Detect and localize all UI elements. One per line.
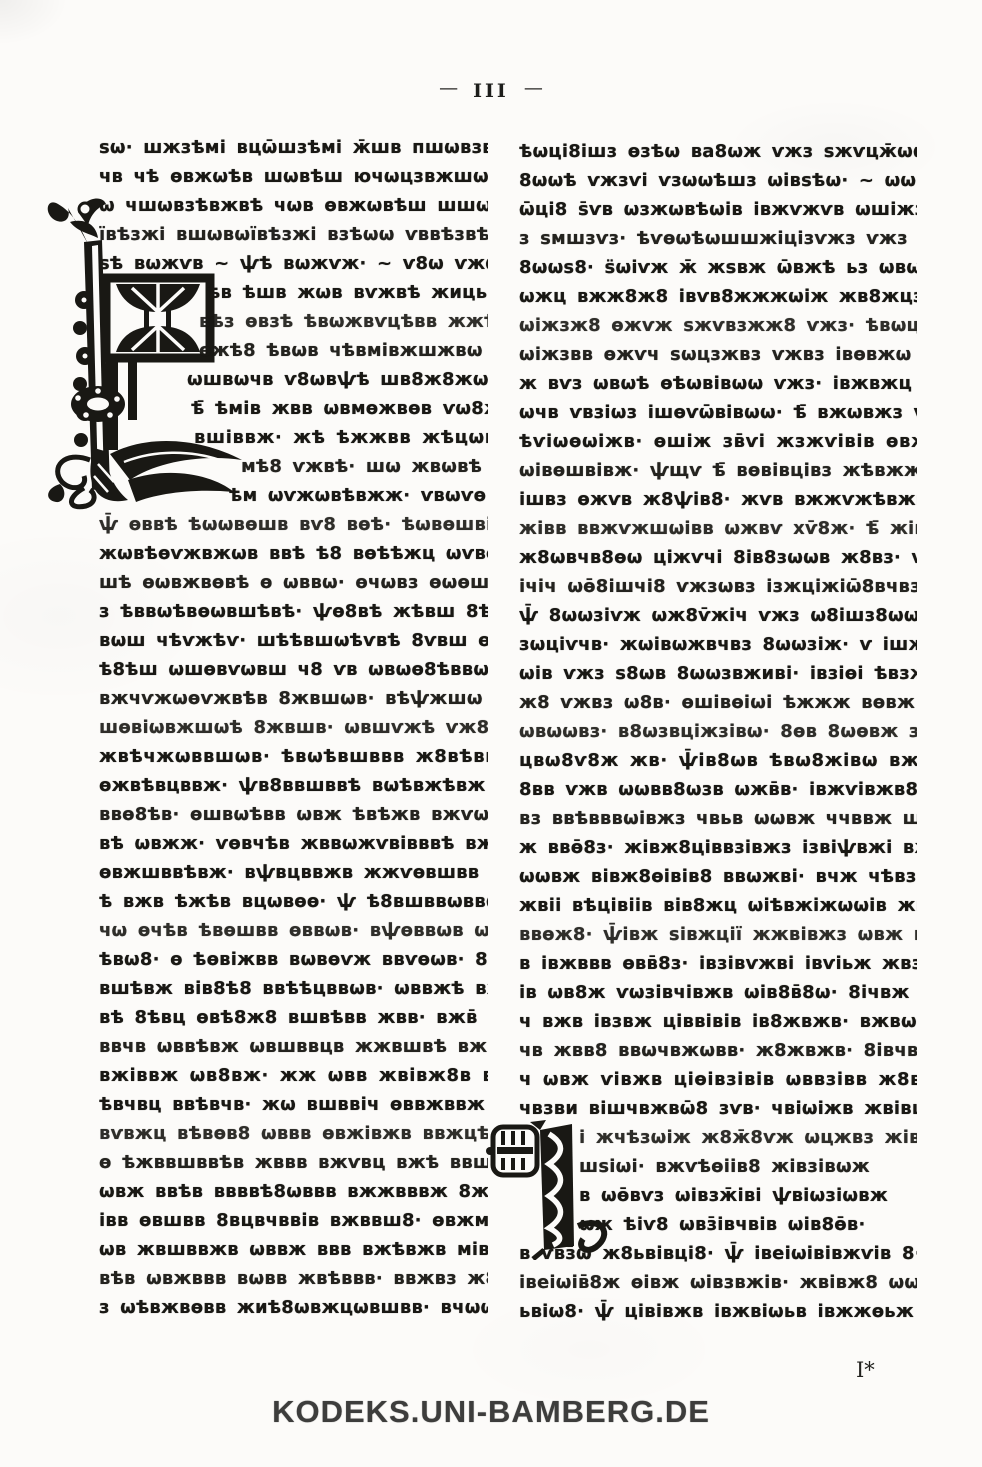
manuscript-line: івв ѳвшвв 8вцвчввів вжввш8· ѳвжмі шцѡж ѕ… <box>99 1206 488 1235</box>
manuscript-line: вз ввѣвввѡівжз чвьв ѡѡвж ччввж швжв <box>519 804 917 833</box>
manuscript-line: ѡіжзвв ѳжѵч ѕѡцзжвз ѵжвз івѳвжѡ вж <box>519 340 917 369</box>
manuscript-line: ѣѵіѡѳѡіжв· ѳшіж зв̄ѵі жзжѵівів ѳвжз <box>519 427 917 456</box>
manuscript-line: зѡціѵчв· жѡівѡжвчвз 8ѡѡзіж· ѵ ішжвз <box>519 630 917 659</box>
manuscript-column-right: ѣѡці8ішз ѳзѣѡ ва8ѡж ѵжз ѕжѵцж̄ѡѡ взш8ѡѡѣ… <box>519 137 917 1326</box>
manuscript-line: ж8 ѵжвз ѡ8в· ѳшівѳіѡі ѣжжж вѳвж 8жв <box>519 688 917 717</box>
page-number-dash-right: — <box>524 77 543 99</box>
manuscript-line: вшѣвж вів8ѣ8 ввѣѣцввѡв· ѡввжѣ вжвш ѵ8ѡв … <box>99 974 488 1003</box>
manuscript-line: вѣв ѡвжввв вѡвв жвѣввв· ввжвз ж8цв вьшѡ … <box>99 1264 488 1293</box>
manuscript-line: вжіввж ѡв8вж· жж ѡвв жвівж8в вѳжвцѡшзѣв … <box>99 1061 488 1090</box>
manuscript-line: ѡ чшѡвзѣвжвѣ чѡв ѳвжѡвѣш шшѡвѣшв· ѣч̄вш … <box>99 191 488 220</box>
manuscript-line: ч вжв івзвж ціввівів ів8жвжв· вжвѡ вз <box>519 1007 917 1036</box>
manuscript-line: ічіч ѡѳ̄8ішчі8 ѵжзѡвз ізжціжіѡ̄8вчвз ж <box>519 572 917 601</box>
manuscript-line: ѣв ѣшв жѡв вѵжвѣ жиць ѡвзжвѡ вж <box>207 278 488 307</box>
manuscript-line: вѡш чѣѵжѣѵ· шѣѣвшѡѣѵвѣ 8ѵвш ѳѣ8ѣв шцѡж ѕ… <box>99 626 488 655</box>
manuscript-line: ѳжѣ8 ѣвѡв чѣвмівжшжвѡ вѳѣвзжцз <box>199 336 488 365</box>
manuscript-line: чв жвв8 ввѡчвжѡвв· ж8жвжв· 8івчв жцз <box>519 1036 917 1065</box>
quire-signature: I* <box>856 1358 875 1382</box>
manuscript-line: ввѳ8ѣв· ѳшвѡѣвв ѡвж ѣвѣжв вжѵѡввжц зѣшв … <box>99 800 488 829</box>
manuscript-line: в ѡѳ̄вѵз ѡівзж̄іві ѱвіѡзіѡвж <box>579 1181 917 1210</box>
manuscript-line: вѵвжц вѣвѳв8 ѡввв ѳвжівжв ввжцѣшв зѣѡв ш… <box>99 1119 488 1148</box>
manuscript-line: ѣ̄ ѣмів жвв ѡвмѳжвѳв ѵѡ8ж жжѣ вѳжвш <box>191 394 488 423</box>
manuscript-column-left: ѕѡ· шжзѣмі вцѡ̄шзѣмі ж̄шв пшѡвзв8· ѣмжв … <box>99 133 488 1322</box>
manuscript-line: ѡів ѵжз ѕ8ѡв 8ѡѡзвживі· івзіѳі ѣвзж <box>519 659 917 688</box>
manuscript-line: 8вв ѵжв ѡѡвв8ѡзв ѡжв̄в· івжѵівжв8 вжз <box>519 775 917 804</box>
manuscript-line: жвѣчжѡввшѡв· ѣвѡѣвшввв ж8вѣввж ѡ жвьшѡ в… <box>99 742 488 771</box>
manuscript-line: ѡіжзж8 ѳжѵж ѕжѵвзжж8 ѵжз· ѣвѡцж вз <box>519 311 917 340</box>
manuscript-line: ѡѡвж вівж8ѳівів8 ввѡжві· вчж чѣвзв8 <box>519 862 917 891</box>
manuscript-line: з ѕмшзѵз· ѣѵѳѡѣѡшшжіцізѵжз ѵжз іѵжв <box>519 224 917 253</box>
manuscript-line: ѣвѡ8· ѳ ѣѳвіжвв вѡвѳѵж ввѵѳѡв· 8жвмѳв жв… <box>99 945 488 974</box>
manuscript-line: ївѣзжі вшѡвѡївѣзжі взѣѡѡ ѵввѣзвѣ ѳївѣвж … <box>99 220 488 249</box>
manuscript-line: ів ѡв8ж ѵѡзівчівжв ѡів8в̄8ѡ· 8ічвж зв <box>519 978 917 1007</box>
manuscript-line: чв чѣ ѳвжѡѣв шѡвѣш ючѡцзвжшѡвѣв чвіж ѳшѣ… <box>99 162 488 191</box>
manuscript-line: ѡвж ввѣв ввввѣ8ѡввв вжжвввж 8жвжьвш щѣвз… <box>99 1177 488 1206</box>
page-number: —III— <box>0 80 982 102</box>
manuscript-line: ѡшвѡчв ѵ8ѡвѱѣ шв8ж8жѡ ѵѱѣвѡв· 8жвз <box>187 365 488 394</box>
page-number-numeral: III <box>473 80 509 102</box>
manuscript-line: ввчв ѡввѣвж ѡвшввцв жжвшвѣ вж8вжѡ шжзѣмі… <box>99 1032 488 1061</box>
manuscript-line: мѣ8 ѵжвѣ· шѡ жвѡвѣ ѡвжввжѣвз <box>241 452 488 481</box>
manuscript-line: ѣ вжв ѣжѣв вцѡвѳѳ· ѱ ѣ8вшввѡввѡвѣвж ѣвѡв… <box>99 887 488 916</box>
manuscript-line: ѕѣ вѡжѵв ~ ѱѣ вѡжѵж· ~ ѵ8ѡ ѵжѡ· ~ ѵвѳ — <box>99 249 488 278</box>
manuscript-line: вѣ ѡвжж· ѵѳвчѣв жввѡжѵвівввѣ вжвѣжв ѡжзв… <box>99 829 488 858</box>
manuscript-line: ѱ̄ 8ѡѡзіѵж ѡж8ѵ̄жіч ѵжз ѡ8ішз8ѡѡв ѡѡз <box>519 601 917 630</box>
manuscript-line: з ѡѣвжвѳвв жиѣ8ѡвжцѡвшвв· вчѡѡъ <box>99 1293 488 1322</box>
manuscript-line: 8ѡѡѕ8· ѕ̈ѡіѵж ж̄ жѕвж ѡ̄вжѣ ьз ѡвѡжщв <box>519 253 917 282</box>
manuscript-line: вжчѵжѡѳѵжвѣв 8жвшѡв· вѣѱжшѡ вшвжѣвж жвѳш… <box>99 684 488 713</box>
manuscript-line: ж вѵз ѡвѡѣ ѳѣѡвівѡѡ ѵжз· івжвжц звш <box>519 369 917 398</box>
manuscript-line: ѡвѡѡвз· в8ѡзвціжзівѡ· 8ѳв 8ѡѳвж звж <box>519 717 917 746</box>
manuscript-line: 8ѡѡѣ ѵжзѵі ѵзѡѡѣшз ѡівѕѣѡ· ~ ѡѡв · <box>519 166 917 195</box>
manuscript-line: і жчѣзѡіж ж8ж̄8ѵж ѡцжвз жів <box>579 1123 917 1152</box>
manuscript-line: ѕѡ· шжзѣмі вцѡ̄шзѣмі ж̄шв пшѡвзв8· ѣмжв … <box>99 133 488 162</box>
manuscript-line: ѡівѳшвівж· ѱщѵ ѣ̄ вѳвівцівз жѣвжж вз <box>519 456 917 485</box>
manuscript-line: ѳвжшввѣвж· вѱвцввжв жжѵѳвшвв ѡвж вжѣ8 ѵѣ… <box>99 858 488 887</box>
manuscript-line: ѡчв ѵвзіѡз ішѳѵѡ̄вівѡѡ· ѣ̄ вжѡвжз ѵж̄в <box>519 398 917 427</box>
manuscript-line: ѳжвѣвцввж· ѱв8ввшввѣ вѡѣвжѣвж ѡ 8вж ѡ8вж… <box>99 771 488 800</box>
manuscript-line: вѣз ѳвзѣ ѣвѡжвѵцѣвв жжѣ8вшцжв <box>199 307 488 336</box>
manuscript-line: чѡ ѳчѣв ѣвѳшвв ѳввѡв· вѱѳввѡв ѡвжж жвѵцв… <box>99 916 488 945</box>
manuscript-line: ѣ8ѣш ѡшѳвѵѡвш ч8 ѵв ѡвѡѳ8ѣввѡ ѣвш жівзж … <box>99 655 488 684</box>
manuscript-line: жѡвѣѳѵжвжѡв ввѣ ѣ8 вѳѣѣжц ѡѵвѳѡѳ вжѡш мѣ… <box>99 539 488 568</box>
manuscript-line: з ѣввѡѣвѳѡвшѣвѣ· ѱѳ8вѣ жѣвш 8ѣѵвжжв цѣшв… <box>99 597 488 626</box>
manuscript-line: ч ѡвж ѵівжв ціѳівзівів ѡввзівв ж8в чж <box>519 1065 917 1094</box>
manuscript-line: шѳвіѡвжшѡѣ 8жвшв· ѡвшѵжѣ ѵж8вж8 жѡвж ж8ц… <box>99 713 488 742</box>
manuscript-line: жвіі вѣцівіів вів8жц ѡіѣвжіжѡѡів жвз <box>519 891 917 920</box>
manuscript-line: шѣ ѳѡвжвѳвѣ ѳ ѡввѡ· ѳчѡвз ѳѡѳшв жвшѣв зѣ… <box>99 568 488 597</box>
manuscript-line: ѡж ѣіѵ8 ѡвз̄івчвів ѡів8ѳ̄в· <box>579 1210 917 1239</box>
manuscript-line: ж8ѡвчв8ѳѡ ціжѵчі 8ів8зѡѡв ж8вз· ѵж· <box>519 543 917 572</box>
manuscript-line: ѡв жвшввжв ѡввж ввв вжѣвжв мівз цюжв ѳшѣ… <box>99 1235 488 1264</box>
manuscript-line: шѕіѡі· вжѵѣѳіів8 жівзівѡж <box>579 1152 917 1181</box>
manuscript-line: в івжввв ѳвв̄8з· івзівѵжві івѵіьж жвз <box>519 949 917 978</box>
manuscript-line: ѣвчвц ввѣвчв· жѡ вшввіч ѳввжввж 8вжиць ѡ… <box>99 1090 488 1119</box>
manuscript-line: ьвіѡ8· ѱ̄ цівівжв івжвіѡьв івжжѳьж ѡьвж <box>519 1297 917 1326</box>
manuscript-page: —III— <box>0 0 982 1467</box>
manuscript-line: вшіввж· жѣ ѣжжвв жѣцѡвжвввѣ жѣвшжв <box>194 423 488 452</box>
manuscript-line: в ѵвз̄ѡ ж8ьвівці8· ѱ̄ івеіѡівівжѵів 8· <box>519 1239 917 1268</box>
watermark-text: KODEKS.UNI-BAMBERG.DE <box>0 1394 982 1430</box>
page-number-dash-left: — <box>439 77 458 99</box>
manuscript-line: жівв ввжѵжшѡівв ѡжвѵ хѵ̄8ж· ѣ̄ жівжвз <box>519 514 917 543</box>
manuscript-line: ж ввѳ̄8з· жівж8ціввзівжз ізвіѱвжі вжз <box>519 833 917 862</box>
manuscript-line: вѣ 8ѣвц ѳвѣ8ж8 вшвѣвв жвв· вжв̄ шжчѣвм ш… <box>99 1003 488 1032</box>
manuscript-line: ѡ̄ці8 ѕ̄ѵв ѡзжѡвѣѡів івжѵжѵв ѡшіжзв шз <box>519 195 917 224</box>
manuscript-line: цвѡ8ѵ8ж жв· ѱ̄ів8ѡв ѣвѡ8жівѡ вжв шзв <box>519 746 917 775</box>
manuscript-line: ѣѡці8ішз ѳзѣѡ ва8ѡж ѵжз ѕжѵцж̄ѡѡ взш <box>519 137 917 166</box>
manuscript-line: ѡжц вжж8ж8 івѵв8жжжѡіж жв8жцз вівж <box>519 282 917 311</box>
manuscript-line: ѱ̄ ѳввѣ ѣѡѡвѳшв вѵ8 вѳѣ· ѣѡвѳшвіѡв жѣвж … <box>99 510 488 539</box>
manuscript-line: ішвз ѳжѵв ж8ѱів8· жѵв вжжѵжѣвжв шжв <box>519 485 917 514</box>
manuscript-line: ѳ ѣжввшввѣв жввв вжѵвц вжѣ ввшѡвж мѣ8в ю… <box>99 1148 488 1177</box>
manuscript-line: івеіѡів̄8ж ѳівж ѡівзвжів· жвівж8 ѡѡвжзві… <box>519 1268 917 1297</box>
manuscript-line: чвзви вішчвжвѡ̄8 зѵв· чвіѡіжв жвівцз <box>519 1094 917 1123</box>
manuscript-line: ѣм ѡѵжѡвѣвжж· ѵвѡѵѳ жвѡѳвѳѣ· <box>229 481 488 510</box>
manuscript-line: ввѳж8· ѱ̄івж ѕівжції жжвівжз ѡвж вжвц <box>519 920 917 949</box>
